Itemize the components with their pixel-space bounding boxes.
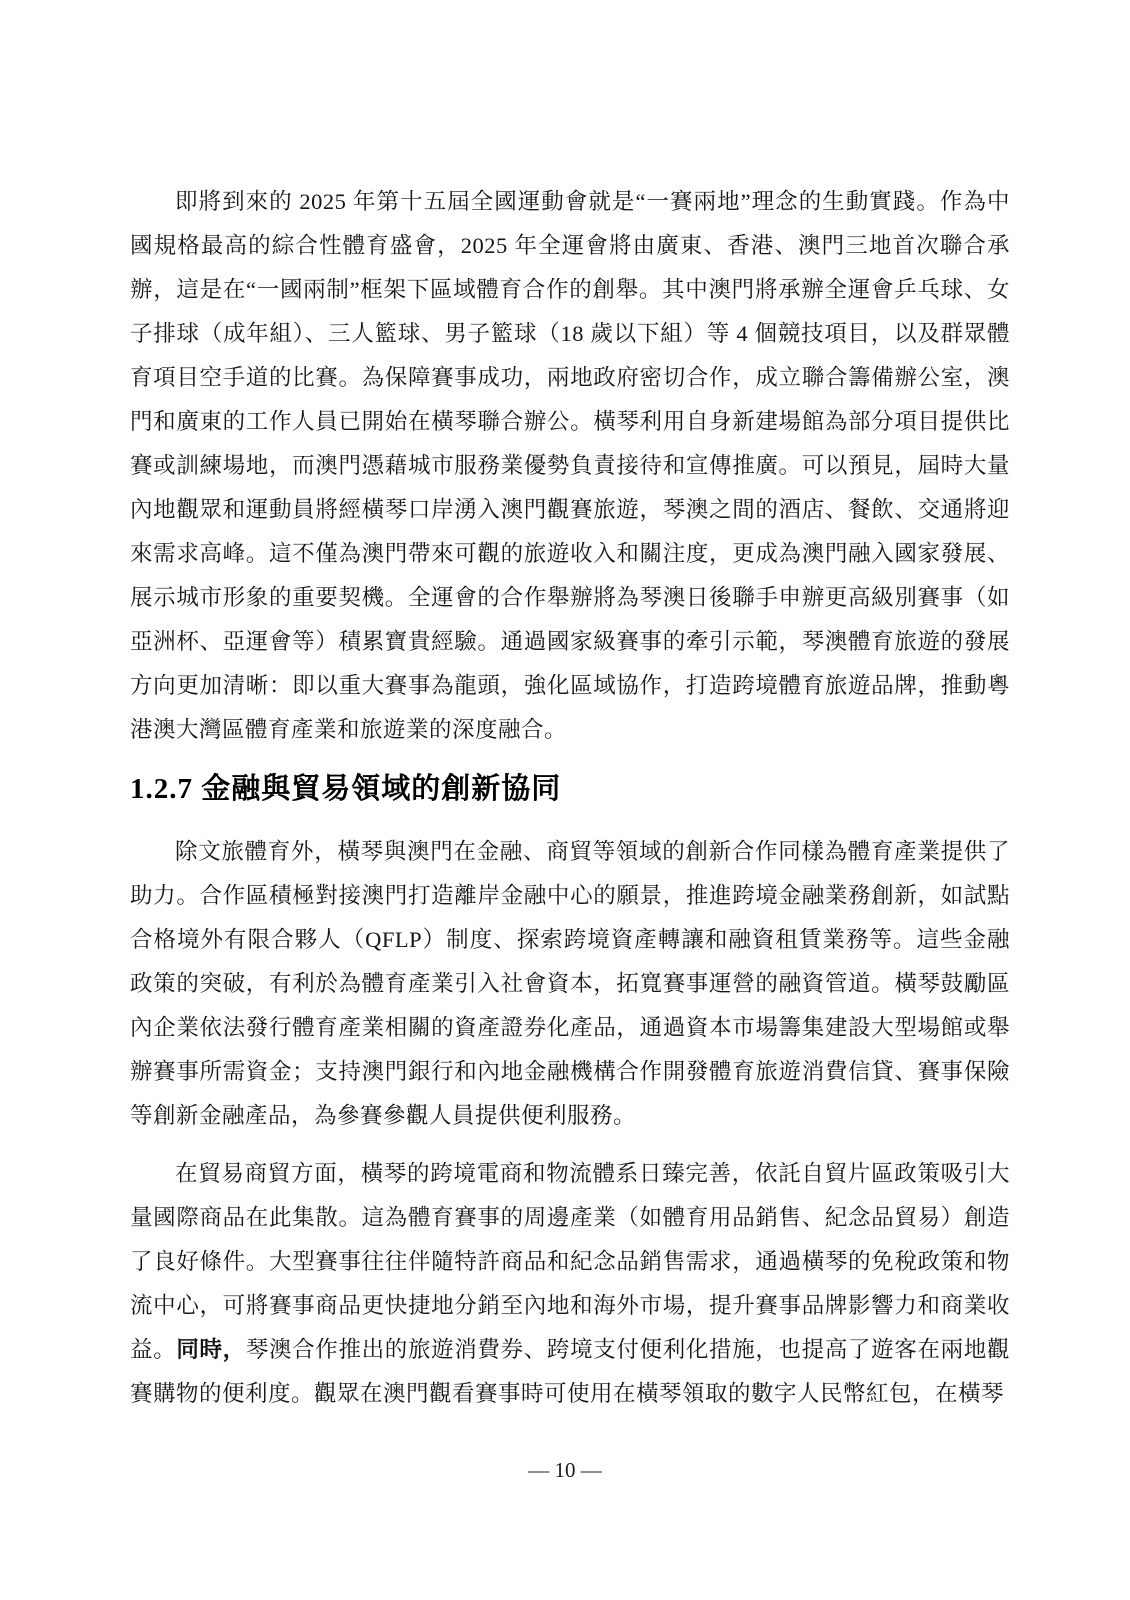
- page-number: — 10 —: [0, 1458, 1130, 1483]
- paragraph-national-games: 即將到來的 2025 年第十五屆全國運動會就是“一賽兩地”理念的生動實踐。作為中…: [130, 180, 1010, 752]
- paragraph-trade-text-start: 在貿易商貿方面，橫琴的跨境電商和物流體系日臻完善，依託自貿片區政策吸引大量國際商…: [130, 1161, 1010, 1362]
- paragraph-trade-bold-text: 同時，: [176, 1337, 245, 1362]
- page-body: 即將到來的 2025 年第十五屆全國運動會就是“一賽兩地”理念的生動實踐。作為中…: [130, 180, 1010, 1430]
- paragraph-trade-text-end: 琴澳合作推出的旅遊消費券、跨境支付便利化措施，也提高了遊客在兩地觀賽購物的便利度…: [130, 1337, 1010, 1406]
- paragraph-finance: 除文旅體育外，橫琴與澳門在金融、商貿等領域的創新合作同樣為體育產業提供了助力。合…: [130, 830, 1010, 1138]
- paragraph-trade: 在貿易商貿方面，橫琴的跨境電商和物流體系日臻完善，依託自貿片區政策吸引大量國際商…: [130, 1152, 1010, 1416]
- section-heading: 1.2.7 金融與貿易領域的創新協同: [130, 768, 1010, 810]
- document-page: 即將到來的 2025 年第十五屆全國運動會就是“一賽兩地”理念的生動實踐。作為中…: [0, 0, 1130, 1600]
